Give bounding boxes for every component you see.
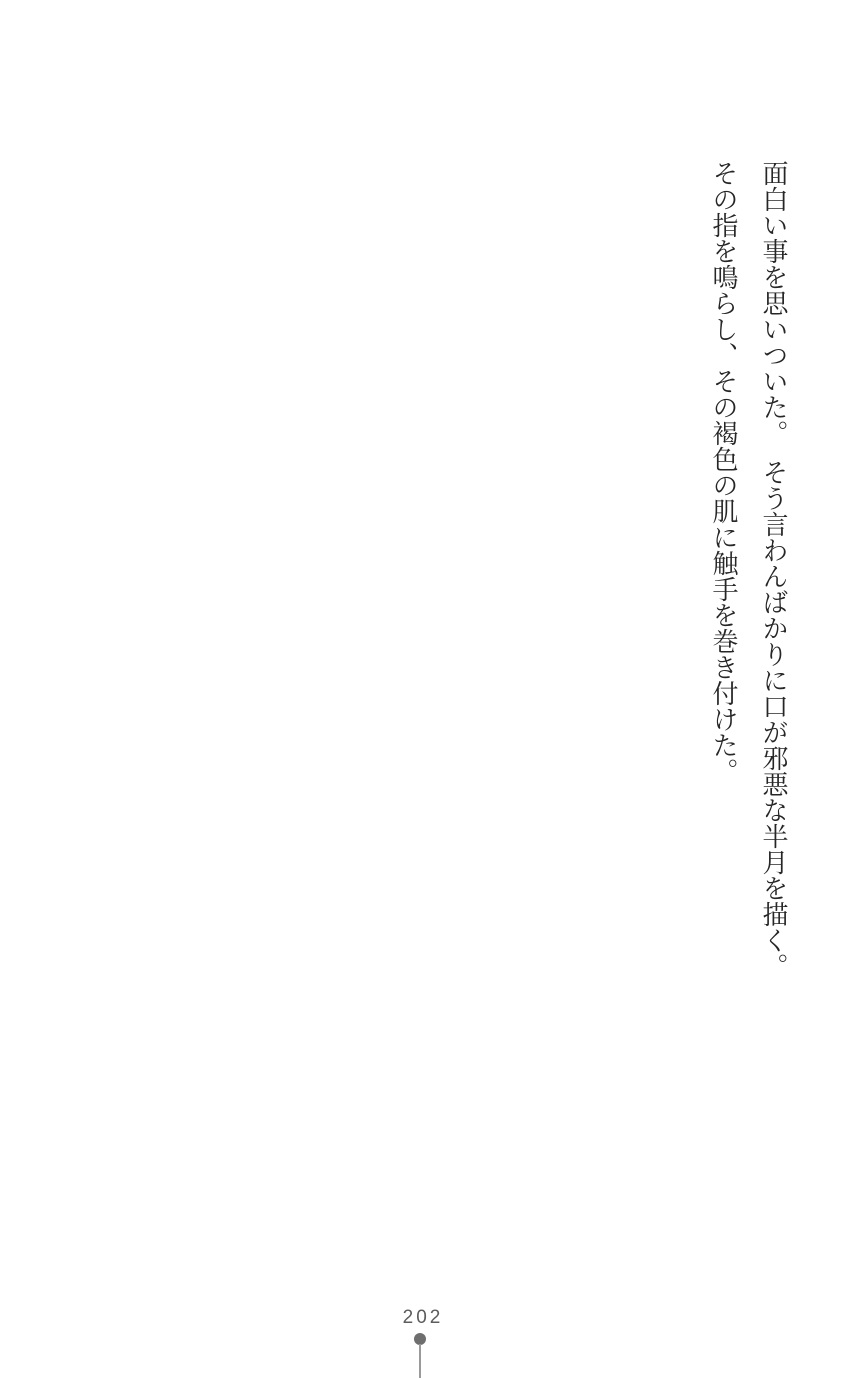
vertical-body-text: 面白い事を思いついた。 そう言わんばかりに口が邪悪な半月を描く。 その指を鳴らし… [698, 160, 798, 1030]
page-number: 202 [0, 1307, 843, 1329]
book-page: 面白い事を思いついた。 そう言わんばかりに口が邪悪な半月を描く。 その指を鳴らし… [0, 0, 843, 1378]
paragraph-1: 面白い事を思いついた。 そう言わんばかりに口が邪悪な半月を描く。 [748, 160, 798, 1030]
paragraph-2: その指を鳴らし、その褐色の肌に触手を巻き付けた。 [698, 160, 748, 1030]
footer-rule [419, 1344, 421, 1378]
